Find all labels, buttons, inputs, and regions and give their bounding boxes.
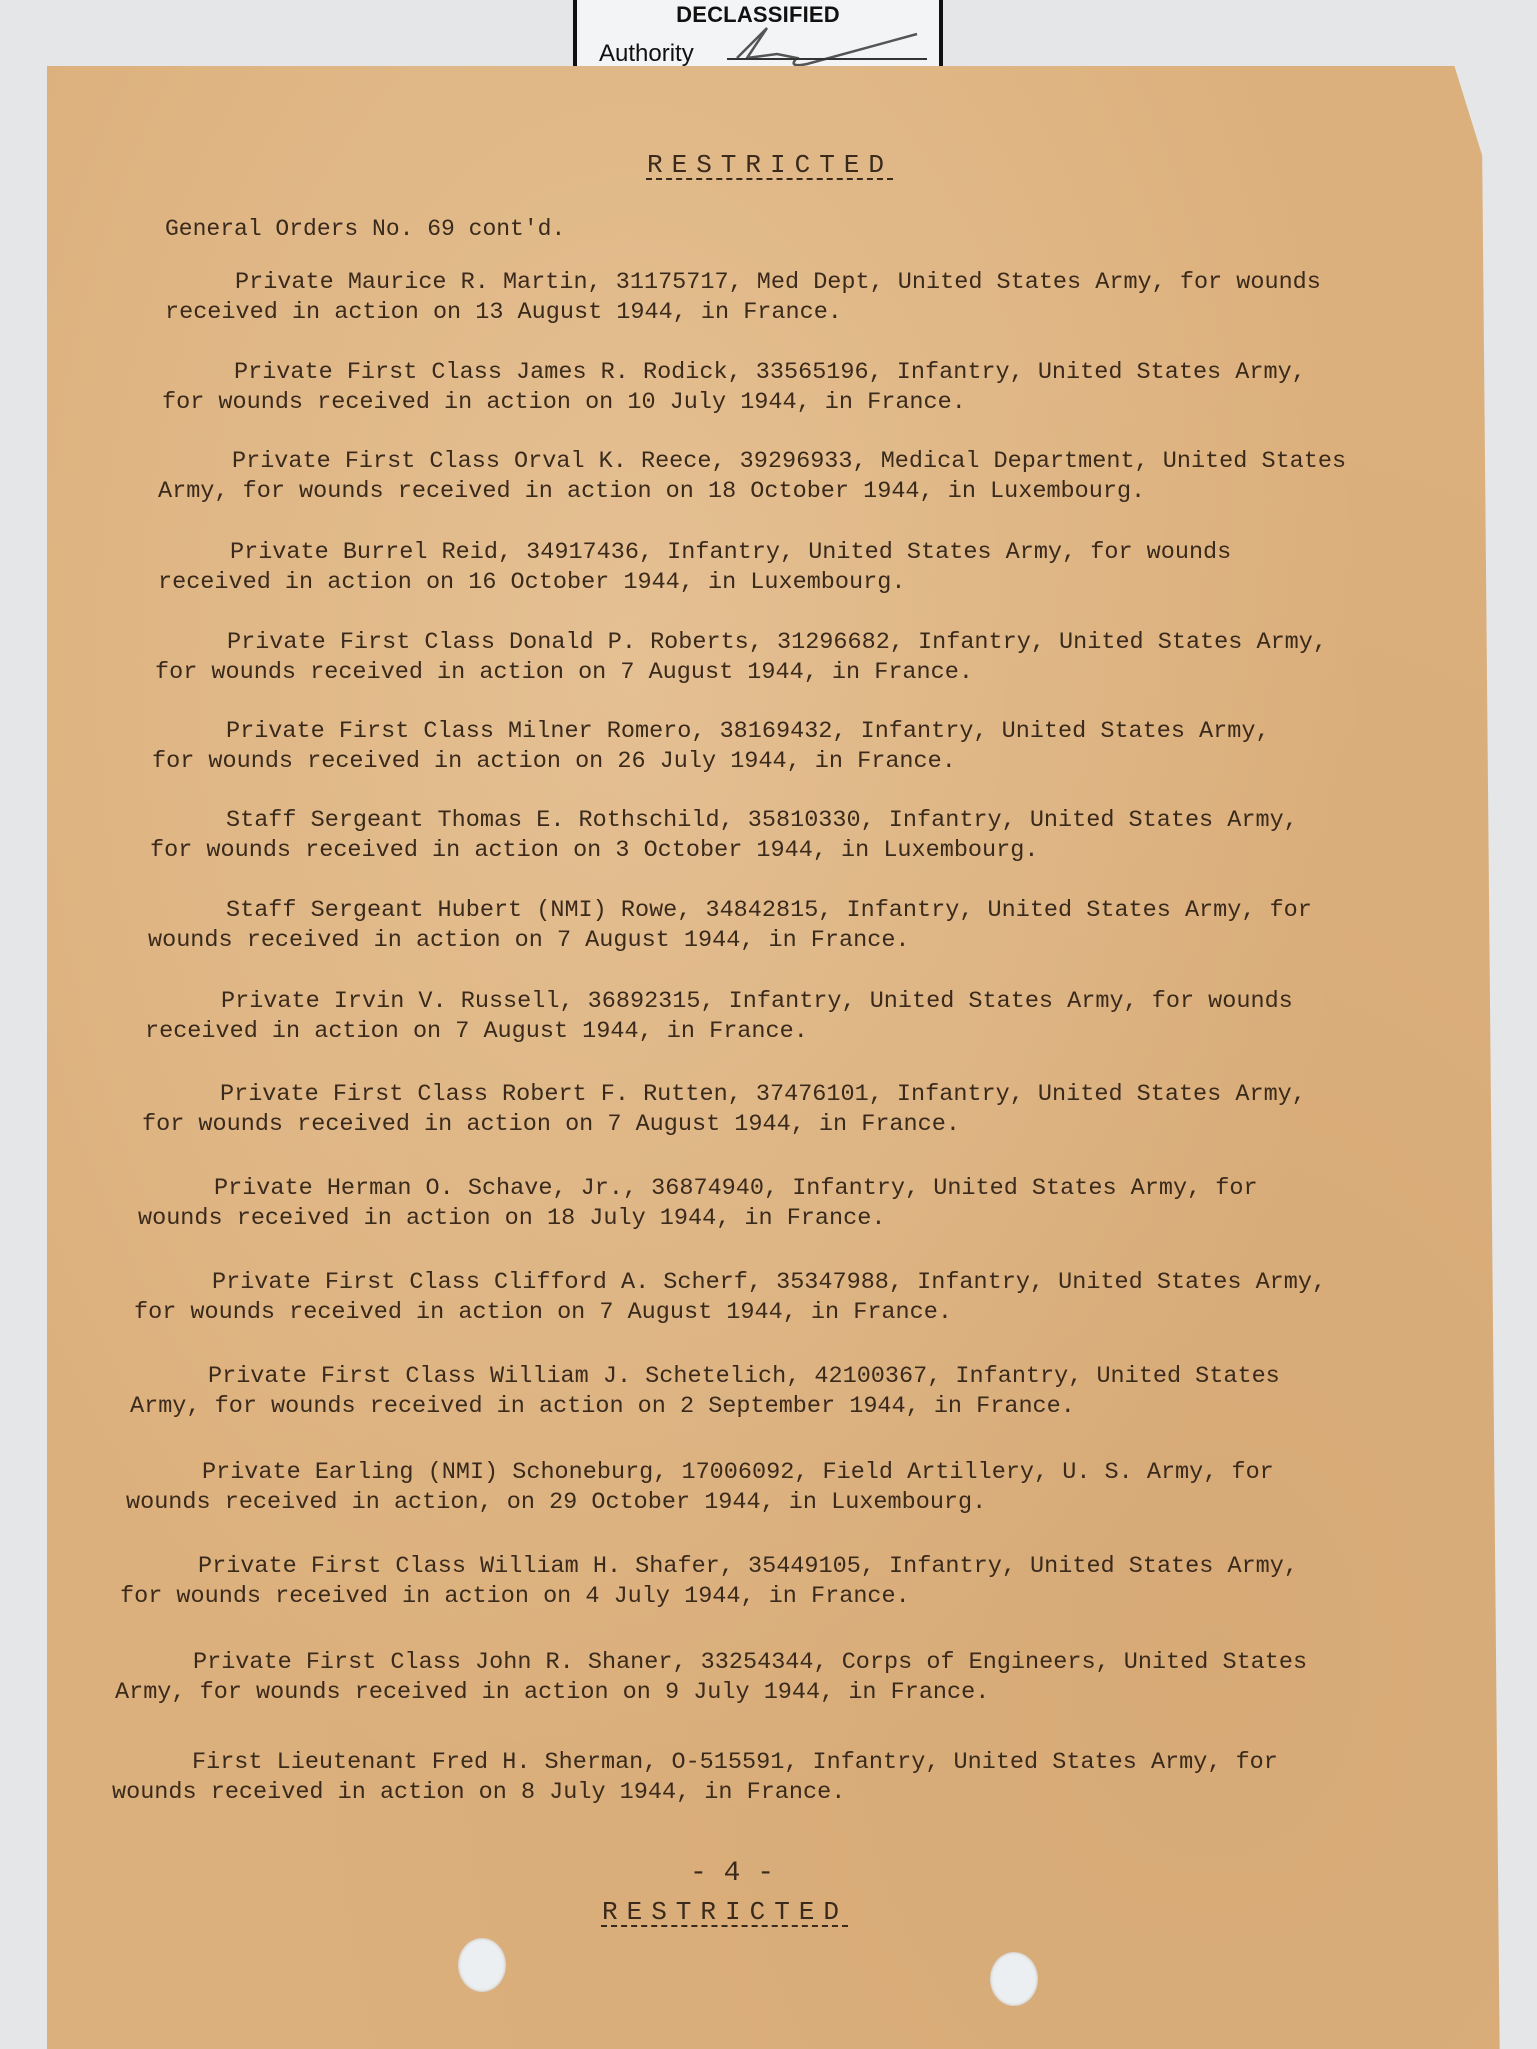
- entry-line2: wounds received in action on 7 August 19…: [148, 926, 1312, 956]
- page-number: - 4 -: [690, 1858, 774, 1889]
- entry-line1: Private Earling (NMI) Schoneburg, 170060…: [126, 1458, 1274, 1488]
- entry: Private First Class John R. Shaner, 3325…: [115, 1648, 1307, 1708]
- entry: Private First Class Orval K. Reece, 3929…: [158, 447, 1346, 507]
- entry-line2: for wounds received in action on 3 Octob…: [150, 836, 1298, 866]
- entry-line2: for wounds received in action on 7 Augus…: [155, 658, 1327, 688]
- entry-line2: Army, for wounds received in action on 2…: [130, 1392, 1280, 1422]
- entry: Private First Class Clifford A. Scherf, …: [134, 1268, 1326, 1328]
- punch-hole: [458, 1938, 506, 1992]
- entry-line1: Private First Class William J. Schetelic…: [130, 1362, 1280, 1392]
- entry-line2: for wounds received in action on 26 July…: [152, 747, 1270, 777]
- entry-line1: Private Maurice R. Martin, 31175717, Med…: [165, 268, 1321, 298]
- entry: Staff Sergeant Hubert (NMI) Rowe, 348428…: [148, 896, 1312, 956]
- punch-hole: [990, 1952, 1038, 2006]
- entry: Private First Class William J. Schetelic…: [130, 1362, 1280, 1422]
- entry-line1: Private First Class Robert F. Rutten, 37…: [142, 1080, 1306, 1110]
- entry: Staff Sergeant Thomas E. Rothschild, 358…: [150, 806, 1298, 866]
- entry-line2: received in action on 7 August 1944, in …: [145, 1017, 1293, 1047]
- entry-line2: Army, for wounds received in action on 9…: [115, 1678, 1307, 1708]
- entry-line2: wounds received in action, on 29 October…: [126, 1488, 1274, 1518]
- classification-bottom: RESTRICTED: [565, 1897, 885, 1927]
- entry-line2: received in action on 16 October 1944, i…: [158, 568, 1231, 598]
- entry-line1: Private First Class William H. Shafer, 3…: [120, 1552, 1298, 1582]
- entry-line1: Staff Sergeant Thomas E. Rothschild, 358…: [150, 806, 1298, 836]
- entry: Private Maurice R. Martin, 31175717, Med…: [165, 268, 1321, 328]
- entry: Private First Class Milner Romero, 38169…: [152, 717, 1270, 777]
- entry-line2: received in action on 13 August 1944, in…: [165, 298, 1321, 328]
- entry-line2: for wounds received in action on 10 July…: [162, 388, 1306, 418]
- entry-line2: wounds received in action on 8 July 1944…: [112, 1778, 1278, 1808]
- entry-line2: for wounds received in action on 7 Augus…: [142, 1110, 1306, 1140]
- entry-line1: Private Herman O. Schave, Jr., 36874940,…: [138, 1174, 1258, 1204]
- classification-top: RESTRICTED: [620, 150, 920, 180]
- entry-line1: Staff Sergeant Hubert (NMI) Rowe, 348428…: [148, 896, 1312, 926]
- entry: Private Herman O. Schave, Jr., 36874940,…: [138, 1174, 1258, 1234]
- entry: Private First Class William H. Shafer, 3…: [120, 1552, 1298, 1612]
- entry: Private First Class Robert F. Rutten, 37…: [142, 1080, 1306, 1140]
- entry: Private Irvin V. Russell, 36892315, Infa…: [145, 987, 1293, 1047]
- entry-line1: First Lieutenant Fred H. Sherman, O-5155…: [112, 1748, 1278, 1778]
- order-header: General Orders No. 69 cont'd.: [165, 216, 565, 242]
- entry: Private Earling (NMI) Schoneburg, 170060…: [126, 1458, 1274, 1518]
- entry-line2: Army, for wounds received in action on 1…: [158, 477, 1346, 507]
- entry-line1: Private First Class Milner Romero, 38169…: [152, 717, 1270, 747]
- entry-line2: for wounds received in action on 4 July …: [120, 1582, 1298, 1612]
- signature-line: [727, 58, 927, 60]
- entry-line1: Private First Class Donald P. Roberts, 3…: [155, 628, 1327, 658]
- entry: Private First Class James R. Rodick, 335…: [162, 358, 1306, 418]
- entry: Private First Class Donald P. Roberts, 3…: [155, 628, 1327, 688]
- entry-line1: Private First Class James R. Rodick, 335…: [162, 358, 1306, 388]
- entry-line1: Private First Class John R. Shaner, 3325…: [115, 1648, 1307, 1678]
- stamp-authority-label: Authority: [599, 40, 694, 68]
- entry: Private Burrel Reid, 34917436, Infantry,…: [158, 538, 1231, 598]
- entry-line2: for wounds received in action on 7 Augus…: [134, 1298, 1326, 1328]
- entry-line2: wounds received in action on 18 July 194…: [138, 1204, 1258, 1234]
- entry-line1: Private Burrel Reid, 34917436, Infantry,…: [158, 538, 1231, 568]
- entry-line1: Private Irvin V. Russell, 36892315, Infa…: [145, 987, 1293, 1017]
- entry-line1: Private First Class Orval K. Reece, 3929…: [158, 447, 1346, 477]
- entry: First Lieutenant Fred H. Sherman, O-5155…: [112, 1748, 1278, 1808]
- entry-line1: Private First Class Clifford A. Scherf, …: [134, 1268, 1326, 1298]
